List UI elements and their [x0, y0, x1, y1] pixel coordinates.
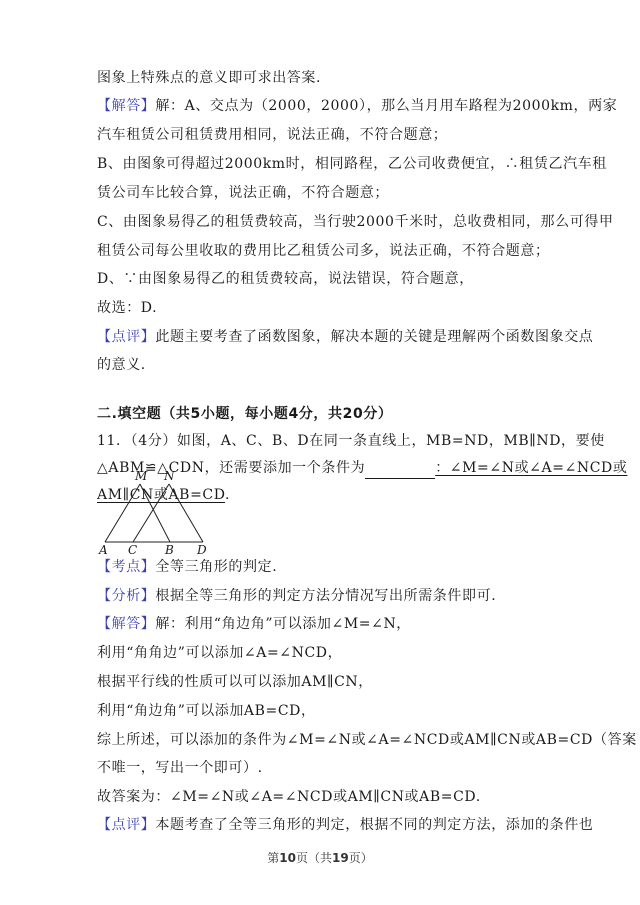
- question-text: 11．（4分）如图，A、C、B、D在同一条直线上，MB=ND，MB∥ND，要使: [97, 433, 605, 449]
- text-line: 租赁公司每公里收取的费用比乙租赁公司多，说法正确，不符合题意；: [97, 241, 557, 261]
- text-span: 故选：D.: [97, 300, 157, 316]
- answer-blank: [365, 458, 435, 479]
- text-span: 本题考查了全等三角形的判定，根据不同的判定方法，添加的条件也: [155, 817, 593, 833]
- question-text: .: [225, 487, 230, 503]
- solution-tag: 【解答】: [97, 98, 155, 114]
- comment-tag: 【点评】: [97, 329, 155, 345]
- text-line: 赁公司车比较合算，说法正确，不符合题意；: [97, 183, 557, 203]
- section-heading: 二.填空题（共5小题，每小题4分，共20分）: [97, 404, 557, 424]
- footer-text: 页）: [349, 851, 373, 865]
- text-span: 赁公司车比较合算，说法正确，不符合题意；: [97, 185, 389, 201]
- label-b: B: [165, 544, 174, 556]
- text-line: 故选：D.: [97, 298, 557, 318]
- text-span: 图象上特殊点的意义即可求出答案.: [97, 70, 321, 86]
- current-page-number: 10: [279, 851, 296, 865]
- text-line: 的意义.: [97, 355, 557, 375]
- text-line: 汽车租赁公司租赁费用相同，说法正确，不符合题意；: [97, 125, 557, 145]
- text-span: 汽车租赁公司租赁费用相同，说法正确，不符合题意；: [97, 127, 447, 143]
- text-span: 根据全等三角形的判定方法分情况写出所需条件即可.: [155, 588, 496, 604]
- document-page: 图象上特殊点的意义即可求出答案. 【解答】解：A、交点为（2000，2000），…: [0, 0, 640, 905]
- text-span: 故答案为：∠M=∠N或∠A=∠NCD或AM∥CN或AB=CD.: [97, 789, 481, 805]
- text-span: 的意义.: [97, 357, 146, 373]
- fenxi-tag: 【分析】: [97, 588, 155, 604]
- jieda-tag: 【解答】: [97, 616, 155, 632]
- label-n: N: [164, 470, 175, 482]
- text-line: 图象上特殊点的意义即可求出答案.: [97, 68, 557, 88]
- kaodian-line: 【考点】全等三角形的判定.: [97, 557, 557, 577]
- text-span: 解：利用“角边角”可以添加∠M=∠N，: [155, 616, 411, 632]
- text-line: 综上所述，可以添加的条件为∠M=∠N或∠A=∠NCD或AM∥CN或AB=CD（答…: [97, 730, 557, 750]
- dianping-tag: 【点评】: [97, 817, 155, 833]
- label-c: C: [128, 544, 137, 556]
- text-line: D、∵由图象易得乙的租赁费较高，说法错误，符合题意，: [97, 269, 557, 289]
- kaodian-tag: 【考点】: [97, 559, 155, 575]
- text-line: 根据平行线的性质可以可以添加AM∥CN，: [97, 672, 557, 692]
- text-span: 解：A、交点为（2000，2000），那么当月用车路程为2000km，两家: [155, 98, 617, 114]
- footer-text: 第: [267, 851, 279, 865]
- text-span: 全等三角形的判定.: [155, 559, 277, 575]
- text-line: 不唯一，写出一个即可）.: [97, 758, 557, 778]
- page-footer: 第10页（共19页）: [0, 849, 640, 866]
- question-line: 11．（4分）如图，A、C、B、D在同一条直线上，MB=ND，MB∥ND，要使: [97, 431, 557, 451]
- text-span: C、由图象易得乙的租赁费较高，当行驶2000千米时，总收费相同，那么可得甲: [97, 214, 614, 230]
- text-span: 综上所述，可以添加的条件为∠M=∠N或∠A=∠NCD或AM∥CN或AB=CD（答…: [97, 732, 637, 748]
- answer-line: 【解答】解：A、交点为（2000，2000），那么当月用车路程为2000km，两…: [97, 96, 557, 116]
- text-line: 故答案为：∠M=∠N或∠A=∠NCD或AM∥CN或AB=CD.: [97, 787, 557, 807]
- text-span: 利用“角角边”可以添加∠A=∠NCD，: [97, 645, 342, 661]
- text-line: 利用“角边角”可以添加AB=CD，: [97, 701, 557, 721]
- text-span: 利用“角边角”可以添加AB=CD，: [97, 703, 316, 719]
- label-d: D: [197, 544, 207, 556]
- text-span: B、由图象可得超过2000km时，相同路程，乙公司收费便宜，∴租赁乙汽车租: [97, 156, 607, 172]
- jieda-line: 【解答】解：利用“角边角”可以添加∠M=∠N，: [97, 614, 557, 634]
- text-span: 根据平行线的性质可以可以添加AM∥CN，: [97, 674, 373, 690]
- label-a: A: [99, 544, 108, 556]
- text-line: 利用“角角边”可以添加∠A=∠NCD，: [97, 643, 557, 663]
- text-line: C、由图象易得乙的租赁费较高，当行驶2000千米时，总收费相同，那么可得甲: [97, 212, 557, 232]
- comment-line: 【点评】此题主要考查了函数图象，解决本题的关键是理解两个函数图象交点: [97, 327, 557, 347]
- text-span: 此题主要考查了函数图象，解决本题的关键是理解两个函数图象交点: [155, 329, 593, 345]
- text-span: D、∵由图象易得乙的租赁费较高，说法错误，符合题意，: [97, 271, 474, 287]
- label-m: M: [135, 470, 147, 482]
- text-span: 不唯一，写出一个即可）.: [97, 760, 263, 776]
- total-pages-number: 19: [332, 851, 349, 865]
- text-line: B、由图象可得超过2000km时，相同路程，乙公司收费便宜，∴租赁乙汽车租: [97, 154, 557, 174]
- footer-text: 页（共: [296, 851, 332, 865]
- answer-text: ：∠M=∠N或∠A=∠NCD或: [435, 460, 627, 476]
- text-span: 租赁公司每公里收取的费用比乙租赁公司多，说法正确，不符合题意；: [97, 243, 550, 259]
- fenxi-line: 【分析】根据全等三角形的判定方法分情况写出所需条件即可.: [97, 586, 557, 606]
- geometry-figure: M N A C B D: [97, 470, 217, 555]
- dianping-line: 【点评】本题考查了全等三角形的判定，根据不同的判定方法，添加的条件也: [97, 815, 557, 835]
